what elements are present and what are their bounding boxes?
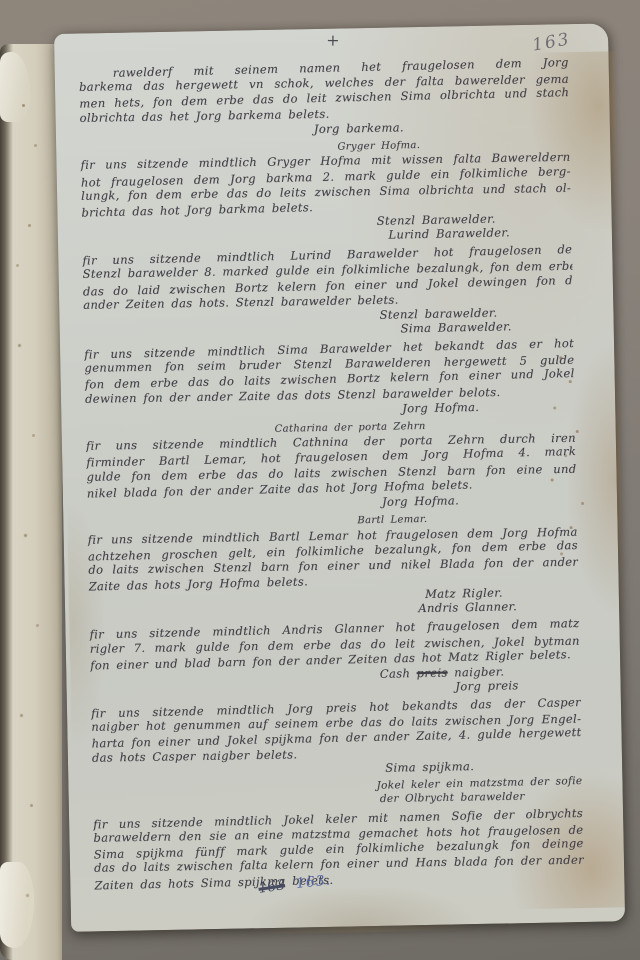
- footer-number-blue-ink: 163.: [295, 872, 332, 892]
- signature-part: Cash: [380, 666, 417, 681]
- entry-paragraph: Gryger Hofma.fir uns sitzende mindtlich …: [80, 136, 572, 248]
- manuscript-page: + 163 rawelderf mit seinem namen het fra…: [54, 23, 625, 931]
- book-page-edge-stack: [0, 44, 62, 960]
- footer-folio-numbers: 163 163.: [258, 875, 331, 895]
- photo-backdrop: + 163 rawelderf mit seinem namen het fra…: [0, 0, 640, 960]
- entry-paragraph: Bartl Lemar.fir uns sitzende mindtlich B…: [87, 510, 579, 622]
- entry-paragraph: fir uns sitzende mindtlich Jokel keler m…: [93, 807, 584, 892]
- entry-paragraph: fir uns sitzende mindtlich Jorg preis ho…: [91, 696, 582, 780]
- page-curl-top: [0, 52, 30, 122]
- header-cross-mark: +: [326, 31, 340, 50]
- page-edge-speckles: [22, 104, 25, 107]
- entry-paragraph: fir uns sitzende mindtlich Sima Baraweld…: [84, 337, 575, 421]
- page-curl-bottom: [0, 862, 34, 948]
- signature-part: naigber.: [448, 664, 505, 679]
- entry-paragraph: fir uns sitzende mindtlich Lurind Barawe…: [82, 243, 574, 341]
- entry-paragraph: Catharina der porta Zehrnfir uns sitzend…: [86, 417, 578, 515]
- folio-number-pencil: 163: [531, 29, 572, 55]
- entry-paragraph: fir uns sitzende mindtlich Andris Glanne…: [89, 617, 580, 700]
- footer-number-crossed-out: 163: [257, 877, 286, 897]
- signature-struck-word: preis: [417, 666, 448, 681]
- entry-paragraph: rawelderf mit seinem namen het fraugelos…: [79, 56, 570, 140]
- handwritten-text-block: rawelderf mit seinem namen het fraugelos…: [79, 56, 585, 897]
